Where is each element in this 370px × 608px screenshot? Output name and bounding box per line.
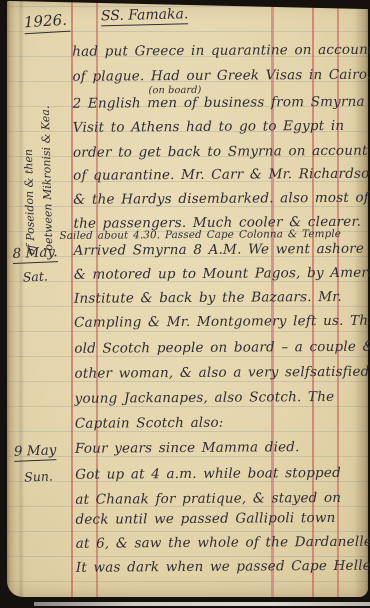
diary-line: of quarantine. Mr. Carr & Mr. Richardson [73,167,369,184]
diary-line: Arrived Smyrna 8 A.M. We went ashore [74,242,370,259]
diary-line: Got up at 4 a.m. while boat stopped [75,466,370,483]
diary-line: at 6, & saw the whole of the Dardanelles… [76,535,370,552]
handwriting-layer: 1926. SS. Famaka. of Poseidon & then bet… [0,0,370,608]
diary-line: at Chanak for pratique, & stayed on [75,491,370,508]
ship-name-heading: SS. Famaka. [101,6,189,26]
diary-lines: had put Greece in quarantine on accounto… [0,0,368,1]
diary-line: of plague. Had our Greek Visas in Cairo. [72,68,368,85]
vertical-margin-note: of Poseidon & then between Mikronisi & K… [19,53,62,255]
margin-date: 8 May. [12,244,58,264]
diary-line: the passengers. Much cooler & clearer. [73,215,369,232]
margin-weekday: Sat. [23,269,49,285]
margin-date: 9 May [14,442,57,462]
diary-line: had put Greece in quarantine on account [72,43,368,60]
diary-line: Four years since Mamma died. [75,440,370,457]
diary-line: young Jackanapes, also Scotch. The [75,390,370,407]
diary-photo: 1926. SS. Famaka. of Poseidon & then bet… [0,0,370,608]
diary-line: Campling & Mr. Montgomery left us. Three [74,314,370,331]
margin-weekday: Sun. [24,468,53,484]
diary-line: 2 English men of business from Smyrna on [73,95,369,112]
diary-line: Institute & back by the Bazaars. Mr. [74,290,370,307]
diary-line: order to get back to Smyrna on account [73,144,369,161]
diary-line: deck until we passed Gallipoli town [75,511,370,528]
diary-line: old Scotch people on board – a couple & … [74,340,370,357]
diary-line: other woman, & also a very selfsatisfied [74,365,370,382]
diary-line: Visit to Athens had to go to Egypt in [73,119,369,136]
year-heading: 1926. [23,11,70,35]
vertical-margin-note-line2: between Mikronisi & Kea. [36,53,59,251]
diary-line: & the Hardys disembarked. also most of [73,191,369,208]
diary-line: & motored up to Mount Pagos, by American [74,266,370,283]
diary-line: Captain Scotch also: [75,415,370,432]
diary-line: It was dark when we passed Cape Helles [76,559,370,576]
